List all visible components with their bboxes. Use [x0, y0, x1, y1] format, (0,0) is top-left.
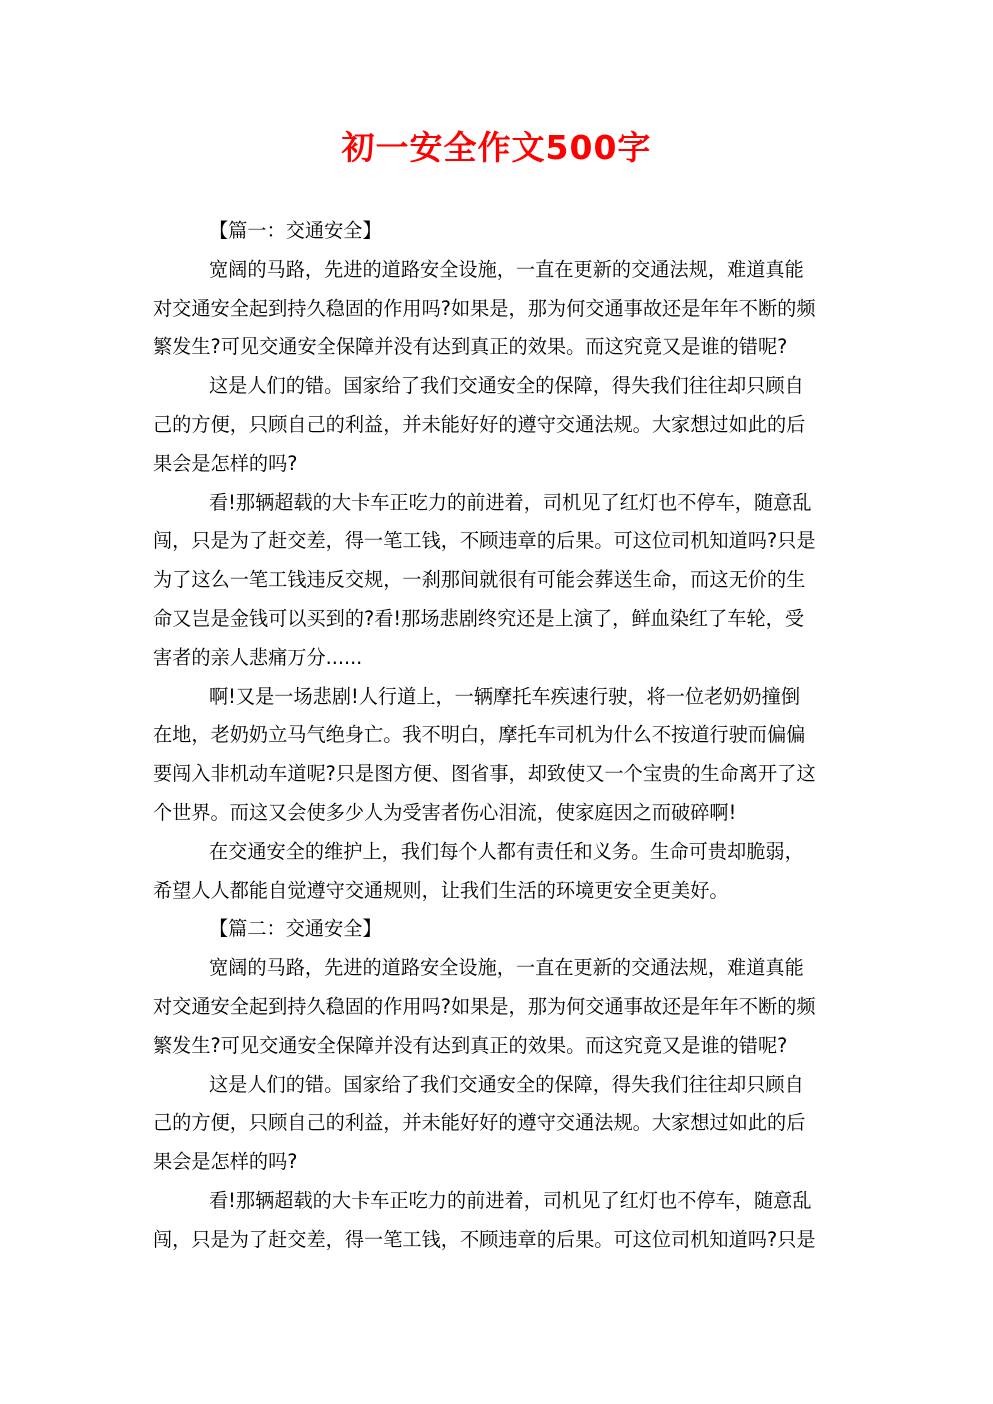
paragraph-line: 个世界。而这又会使多少人为受害者伤心泪流，使家庭因之而破碎啊!	[153, 794, 843, 833]
paragraph-line: 在地，老奶奶立马气绝身亡。我不明白，摩托车司机为什么不按道行驶而偏偏	[153, 716, 843, 755]
section-heading: 【篇一：交通安全】	[153, 212, 843, 251]
paragraph-line: 对交通安全起到持久稳固的作用吗?如果是，那为何交通事故还是年年不断的频	[153, 290, 843, 329]
paragraph-line: 果会是怎样的吗?	[153, 445, 843, 484]
paragraph-line: 己的方便，只顾自己的利益，并未能好好的遵守交通法规。大家想过如此的后	[153, 406, 843, 445]
paragraph-line: 闯，只是为了赶交差，得一笔工钱，不顾违章的后果。可这位司机知道吗?只是	[153, 1221, 843, 1260]
section-heading: 【篇二：交通安全】	[153, 910, 843, 949]
document-page: 初一安全作文500字 【篇一：交通安全】 宽阔的马路，先进的道路安全设施，一直在…	[0, 0, 993, 1404]
paragraph-line: 命又岂是金钱可以买到的?看!那场悲剧终究还是上演了，鲜血染红了车轮，受	[153, 600, 843, 639]
paragraph-line: 闯，只是为了赶交差，得一笔工钱，不顾违章的后果。可这位司机知道吗?只是	[153, 522, 843, 561]
paragraph-line: 己的方便，只顾自己的利益，并未能好好的遵守交通法规。大家想过如此的后	[153, 1104, 843, 1143]
document-body: 【篇一：交通安全】 宽阔的马路，先进的道路安全设施，一直在更新的交通法规，难道真…	[153, 212, 843, 1260]
paragraph-line: 繁发生?可见交通安全保障并没有达到真正的效果。而这究竟又是谁的错呢?	[153, 1027, 843, 1066]
paragraph-line: 要闯入非机动车道呢?只是图方便、图省事，却致使又一个宝贵的生命离开了这	[153, 755, 843, 794]
paragraph-line: 为了这么一笔工钱违反交规，一刹那间就很有可能会葬送生命，而这无价的生	[153, 561, 843, 600]
paragraph-line: 繁发生?可见交通安全保障并没有达到真正的效果。而这究竟又是谁的错呢?	[153, 328, 843, 367]
paragraph-line: 宽阔的马路，先进的道路安全设施，一直在更新的交通法规，难道真能	[153, 251, 843, 290]
paragraph-line: 看!那辆超载的大卡车正吃力的前进着，司机见了红灯也不停车，随意乱	[153, 484, 843, 523]
paragraph-line: 看!那辆超载的大卡车正吃力的前进着，司机见了红灯也不停车，随意乱	[153, 1182, 843, 1221]
document-title: 初一安全作文500字	[0, 122, 993, 169]
paragraph-line: 希望人人都能自觉遵守交通规则，让我们生活的环境更安全更美好。	[153, 872, 843, 911]
paragraph-line: 在交通安全的维护上，我们每个人都有责任和义务。生命可贵却脆弱，	[153, 833, 843, 872]
paragraph-line: 这是人们的错。国家给了我们交通安全的保障，得失我们往往却只顾自	[153, 367, 843, 406]
paragraph-line: 这是人们的错。国家给了我们交通安全的保障，得失我们往往却只顾自	[153, 1066, 843, 1105]
paragraph-line: 对交通安全起到持久稳固的作用吗?如果是，那为何交通事故还是年年不断的频	[153, 988, 843, 1027]
paragraph-line: 果会是怎样的吗?	[153, 1143, 843, 1182]
paragraph-line: 宽阔的马路，先进的道路安全设施，一直在更新的交通法规，难道真能	[153, 949, 843, 988]
paragraph-line: 啊!又是一场悲剧!人行道上，一辆摩托车疾速行驶，将一位老奶奶撞倒	[153, 678, 843, 717]
paragraph-line: 害者的亲人悲痛万分......	[153, 639, 843, 678]
